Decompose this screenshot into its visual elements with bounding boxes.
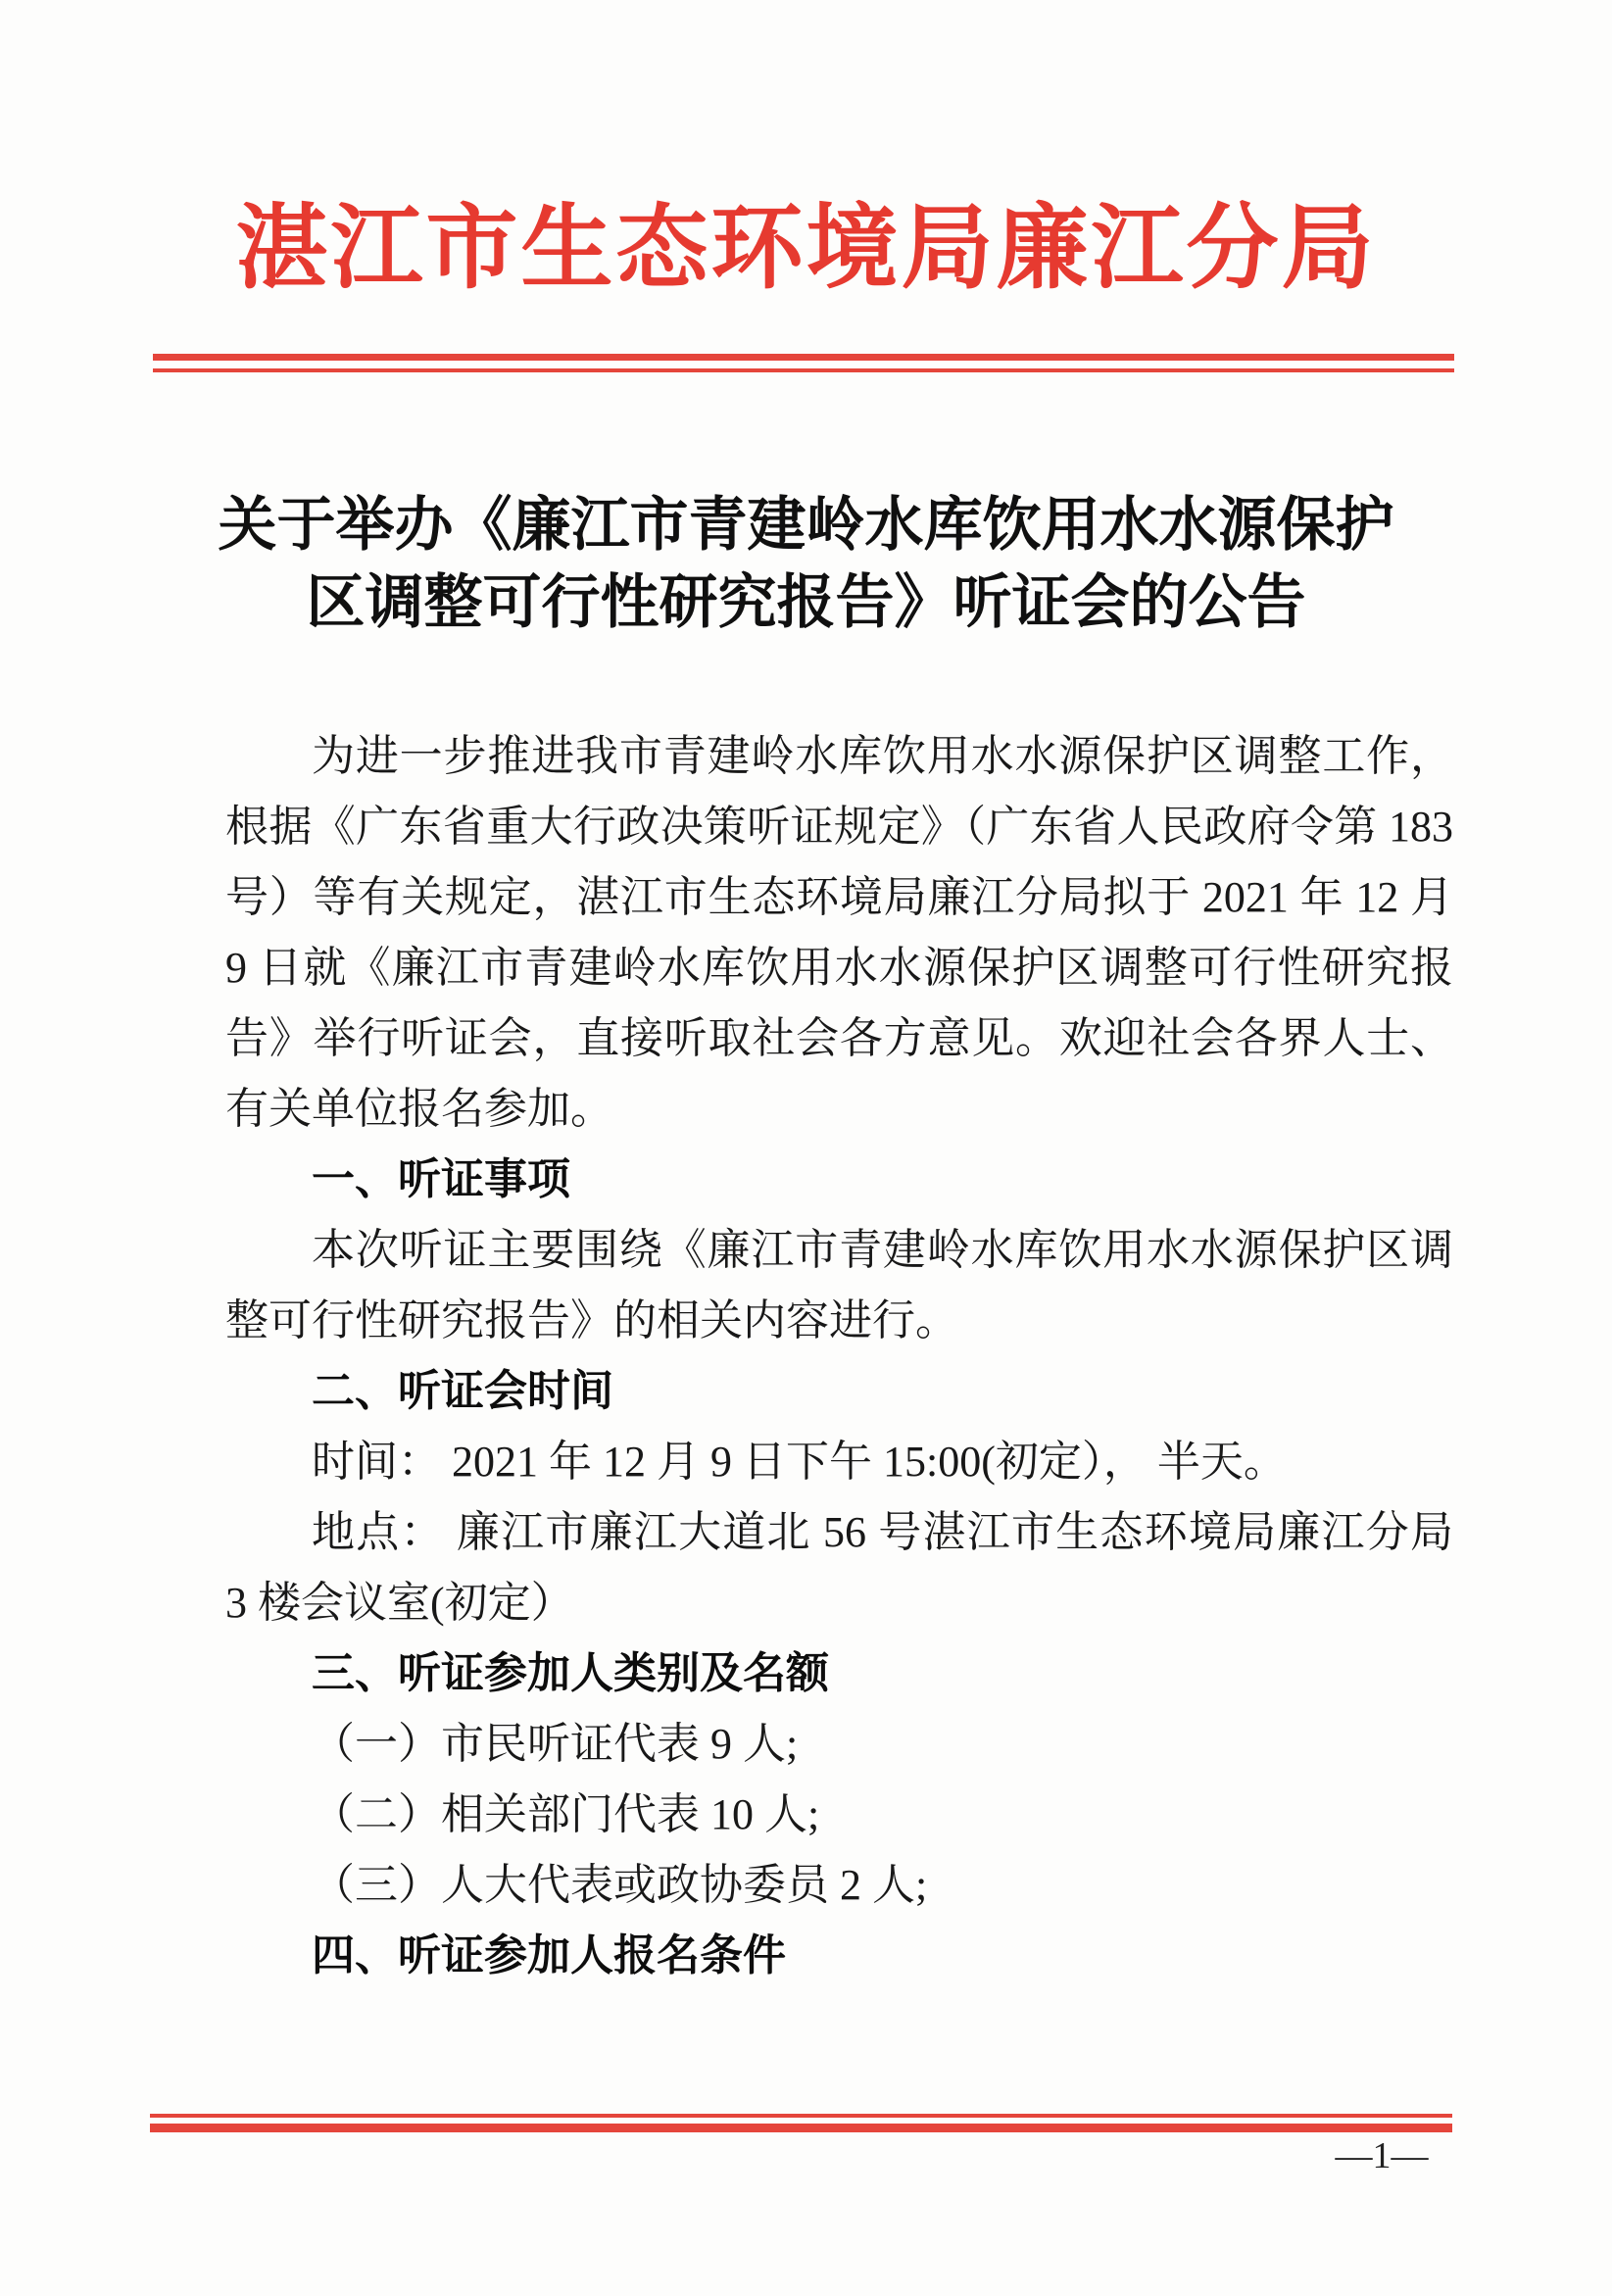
section-2-heading: 二、听证会时间: [225, 1356, 1453, 1427]
section-3-item-1: （一）市民听证代表 9 人;: [225, 1709, 1453, 1780]
footer-rule-thin: [150, 2114, 1452, 2118]
section-1-paragraph: 本次听证主要围绕《廉江市青建岭水库饮用水水源保护区调整可行性研究报告》的相关内容…: [225, 1215, 1453, 1356]
agency-header-title: 湛江市生态环境局廉江分局: [0, 194, 1612, 305]
document-title-line-2: 区调整可行性研究报告》听证会的公告: [0, 564, 1612, 642]
section-4-heading: 四、听证参加人报名条件: [225, 1921, 1453, 1991]
section-3-item-3: （三）人大代表或政协委员 2 人;: [225, 1850, 1453, 1921]
section-2-place-line: 地点： 廉江市廉江大道北 56 号湛江市生态环境局廉江分局 3 楼会议室(初定）: [225, 1497, 1453, 1638]
section-3-heading: 三、听证参加人类别及名额: [225, 1638, 1453, 1709]
document-page: 湛江市生态环境局廉江分局 关于举办《廉江市青建岭水库饮用水水源保护 区调整可行性…: [0, 0, 1612, 2296]
document-title: 关于举办《廉江市青建岭水库饮用水水源保护 区调整可行性研究报告》听证会的公告: [0, 487, 1612, 642]
section-3-item-2: （二）相关部门代表 10 人;: [225, 1780, 1453, 1850]
intro-paragraph: 为进一步推进我市青建岭水库饮用水水源保护区调整工作，根据《广东省重大行政决策听证…: [225, 721, 1453, 1145]
document-title-line-1: 关于举办《廉江市青建岭水库饮用水水源保护: [0, 487, 1612, 564]
header-rule-thin: [153, 368, 1454, 372]
document-body: 为进一步推进我市青建岭水库饮用水水源保护区调整工作，根据《广东省重大行政决策听证…: [225, 721, 1453, 1991]
page-number: —1—: [1328, 2134, 1436, 2179]
section-2-time-line: 时间： 2021 年 12 月 9 日下午 15:00(初定）， 半天。: [225, 1427, 1453, 1497]
footer-rule-thick: [150, 2124, 1452, 2132]
section-1-heading: 一、听证事项: [225, 1145, 1453, 1215]
header-rule-thick: [153, 354, 1454, 361]
